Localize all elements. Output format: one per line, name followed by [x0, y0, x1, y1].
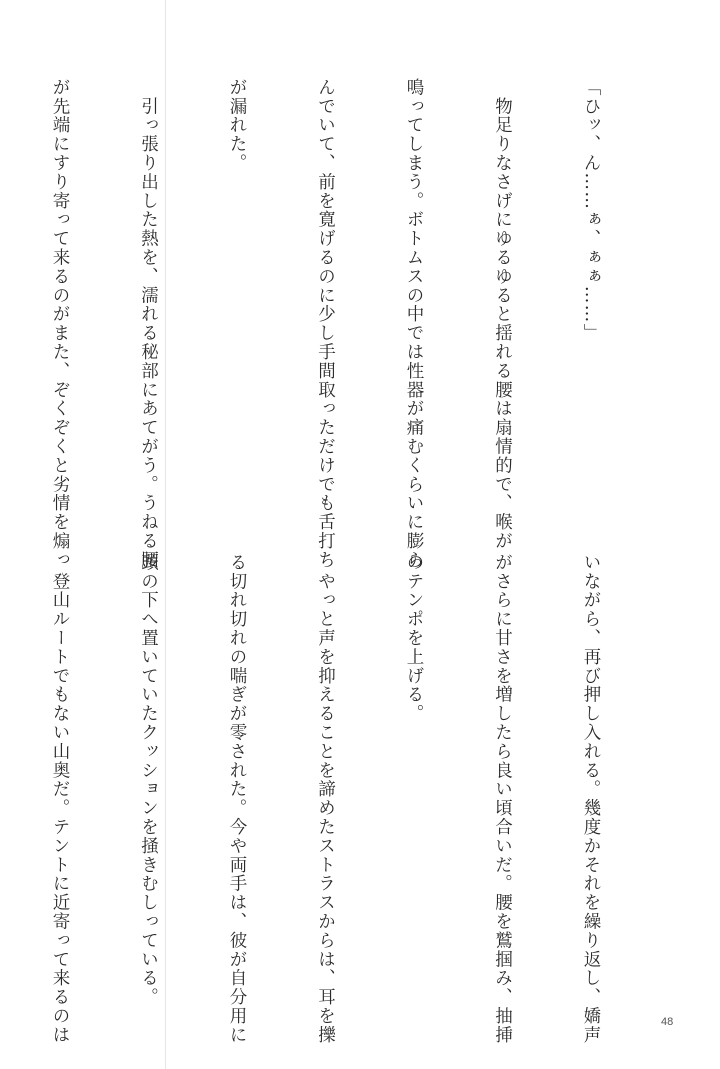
- text-line: んでいて、前を寛げるのに少し手間取っただけでも舌打ち: [310, 78, 340, 518]
- text-line: 鳴ってしまう。ボトムスの中では性器が痛むくらいに膨ら: [399, 78, 429, 518]
- book-page: 「ひッ、ん……ぁ、ぁぁ……」 物足りなさげにゆるゆると揺れる腰は扇情的で、喉が …: [0, 0, 720, 1069]
- text-line: が漏れた。: [222, 78, 252, 518]
- text-line: いながら、再び押し入れる。幾度かそれを繰り返し、嬌声: [576, 553, 606, 993]
- text-line: 登山ルートでもない山奥だ。テントに近寄って来るのは: [45, 553, 75, 993]
- text-line: 物足りなさげにゆるゆると揺れる腰は扇情的で、喉が: [487, 78, 517, 518]
- lower-text-block: いながら、再び押し入れる。幾度かそれを繰り返し、嬌声 がさらに甘さを増したら良い…: [0, 553, 664, 993]
- text-line: る切れ切れの喘ぎが零された。今や両手は、彼が自分用に: [222, 553, 252, 993]
- text-line: のテンポを上げる。: [399, 553, 429, 993]
- text-line: 引っ張り出した熱を、濡れる秘部にあてがう。うねる腰: [133, 78, 163, 518]
- text-line: やっと声を抑えることを諦めたストラスからは、耳を擽: [310, 553, 340, 993]
- text-line: が先端にすり寄って来るのがまた、ぞくぞくと劣情を煽っ: [45, 78, 75, 518]
- text-line: 「ひッ、ん……ぁ、ぁぁ……」: [576, 78, 606, 518]
- upper-text-block: 「ひッ、ん……ぁ、ぁぁ……」 物足りなさげにゆるゆると揺れる腰は扇情的で、喉が …: [0, 78, 664, 518]
- text-line: がさらに甘さを増したら良い頃合いだ。腰を鷲掴み、抽挿: [487, 553, 517, 993]
- page-number: 48: [661, 1016, 673, 1028]
- text-line: 頭の下へ置いていたクッションを掻きむしっている。: [133, 553, 163, 993]
